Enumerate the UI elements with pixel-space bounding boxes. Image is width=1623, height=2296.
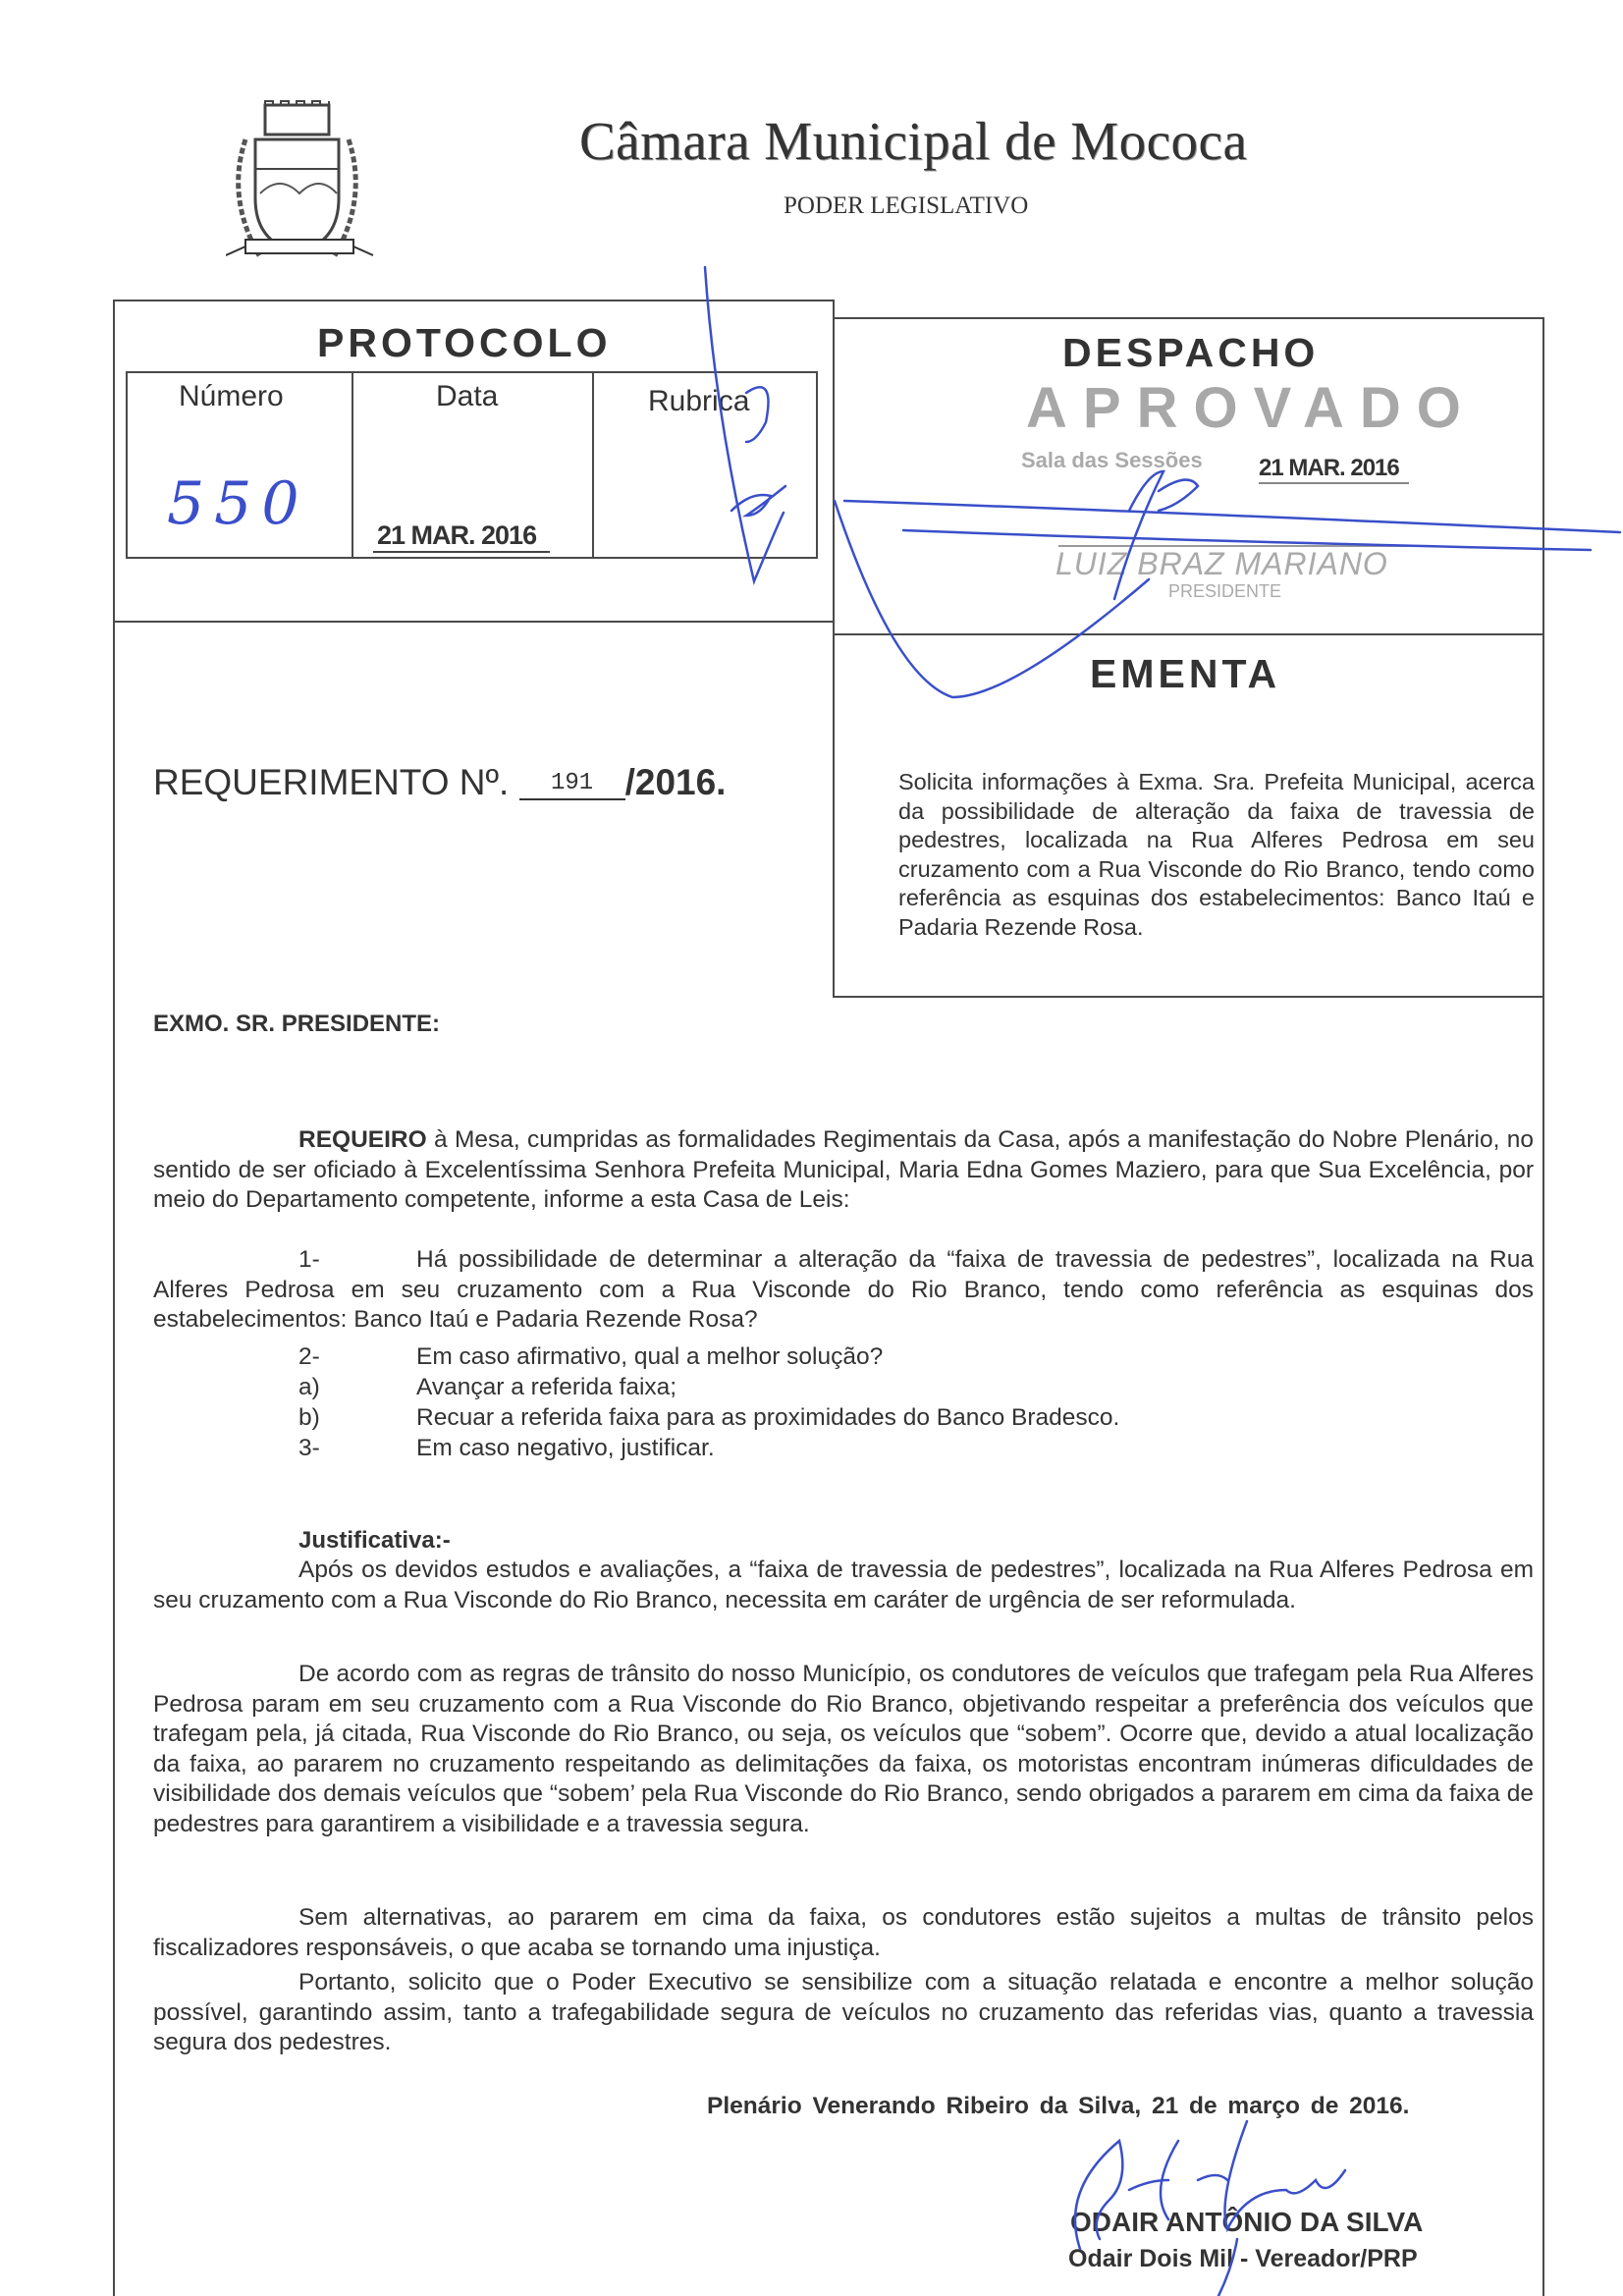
rubrica-signature-icon [705, 267, 785, 581]
despacho-signature-icon [835, 471, 1620, 697]
handwriting-overlay [0, 0, 1623, 2296]
vereador-signature-icon [1075, 2121, 1345, 2296]
